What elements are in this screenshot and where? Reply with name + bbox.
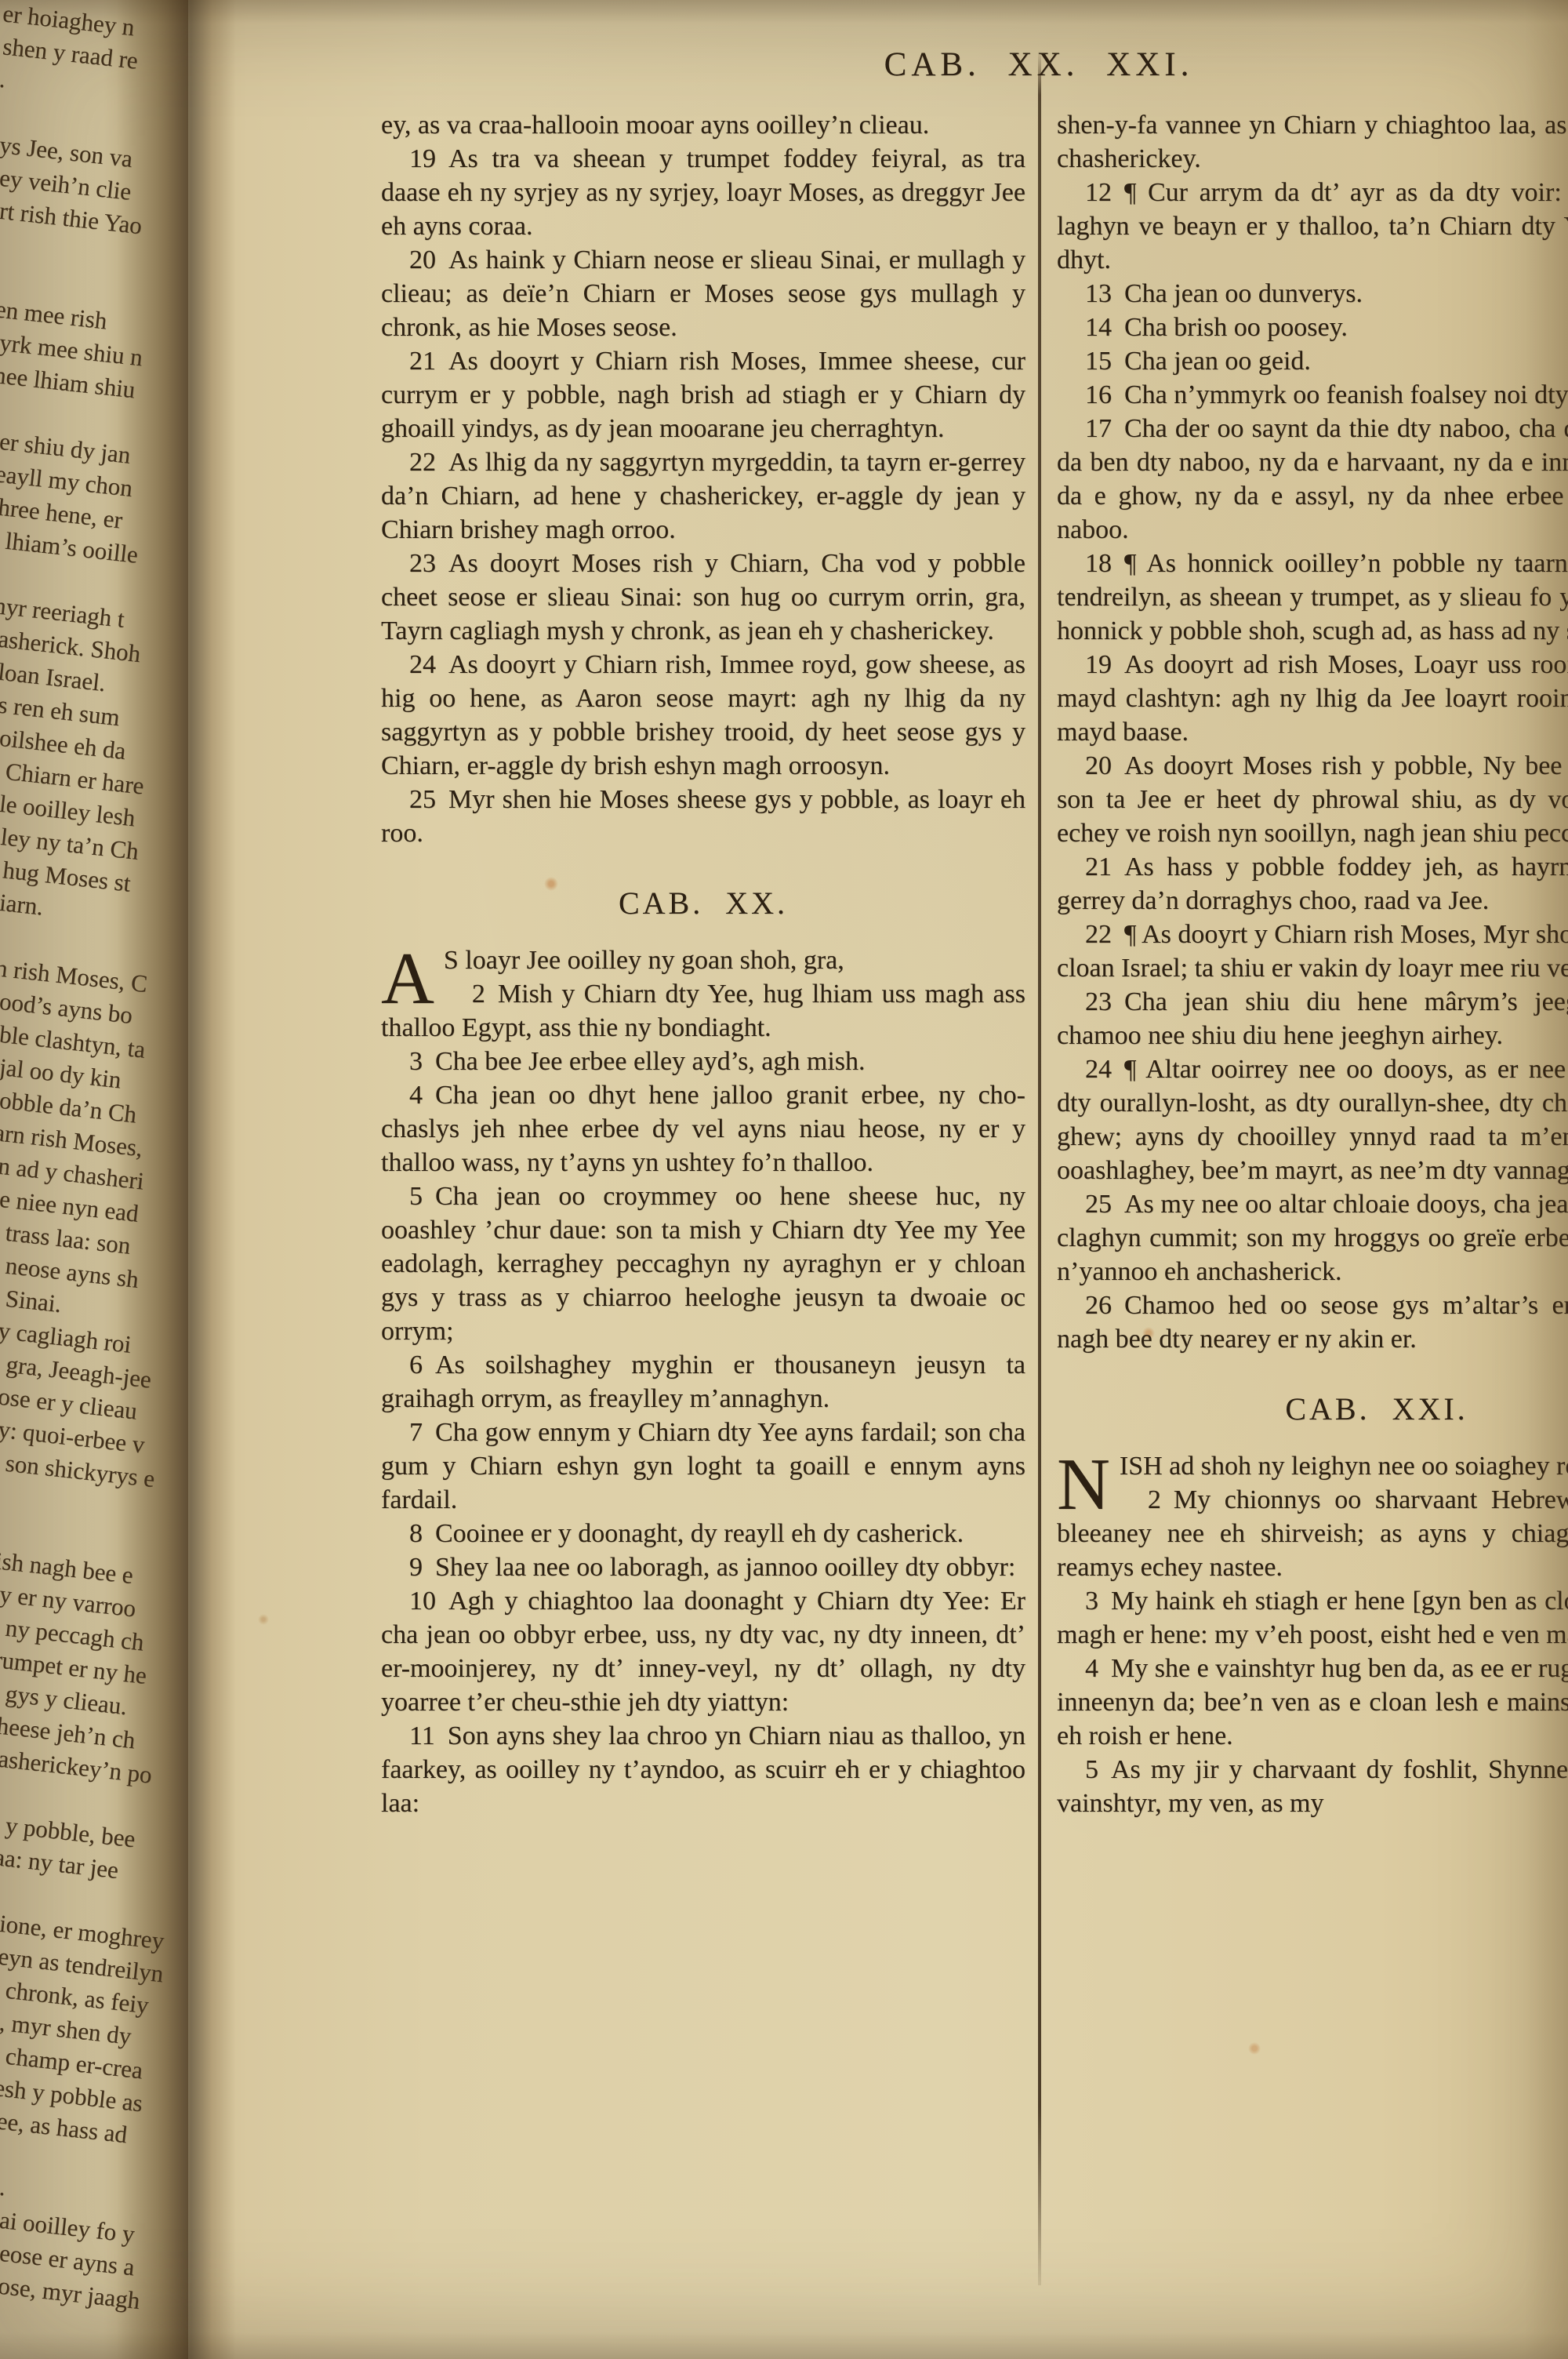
verse-text: As dooyrt ad rish Moses, Loayr uss rooin… xyxy=(1057,650,1568,747)
verse-text: Cooinee er y doonaght, dy reayll eh dy c… xyxy=(435,1519,964,1548)
verse-number: 3 xyxy=(1085,1587,1098,1616)
verse-number: 8 xyxy=(409,1519,423,1548)
verse-text: Shey laa nee oo laboragh, as jannoo ooil… xyxy=(435,1553,1015,1582)
verse-number: 26 xyxy=(1085,1291,1112,1320)
verse-number: 13 xyxy=(1085,279,1112,308)
verse-number: 23 xyxy=(409,549,436,578)
dropcap-letter: A xyxy=(381,943,444,1009)
verse-number: 14 xyxy=(1085,313,1112,342)
verse-number: 7 xyxy=(409,1418,423,1447)
verse: 24¶ Altar ooirrey nee oo dooys, as er ne… xyxy=(1057,1052,1568,1187)
verse: 17Cha der oo saynt da thie dty naboo, ch… xyxy=(1057,412,1568,547)
left-column: ey, as va craa-hallooin mooar ayns ooill… xyxy=(381,108,1025,1820)
verse-number: 19 xyxy=(409,144,436,173)
verse: 21As hass y pobble foddey jeh, as hayrn … xyxy=(1057,850,1568,918)
page-sheet: CAB. XX. XXI. ey, as va craa-hallooin mo… xyxy=(179,0,1568,2359)
verse-number: 21 xyxy=(1085,852,1112,881)
verse-text: Chamoo hed oo seose gys m’altar’s er gre… xyxy=(1057,1291,1568,1354)
verse-text: Cha gow ennym y Chiarn dty Yee ayns fard… xyxy=(381,1418,1025,1514)
verse-number: 5 xyxy=(409,1182,423,1211)
verse-text: Myr shen hie Moses sheese gys y pobble, … xyxy=(381,785,1025,848)
verse-text: Cha jean oo dhyt hene jalloo granit erbe… xyxy=(381,1081,1025,1177)
verse: 13Cha jean oo dunverys. xyxy=(1057,277,1568,311)
verse: 3Cha bee Jee erbee elley ayd’s, agh mish… xyxy=(381,1045,1025,1078)
verse-number: 10 xyxy=(409,1587,436,1616)
verse: 2Mish y Chiarn dty Yee, hug lhiam uss ma… xyxy=(381,977,1025,1045)
verse: 8Cooinee er y doonaght, dy reayll eh dy … xyxy=(381,1517,1025,1550)
verse: 26Chamoo hed oo seose gys m’altar’s er g… xyxy=(1057,1289,1568,1356)
verse: 5As my jir y charvaant dy foshlit, Shynn… xyxy=(1057,1753,1568,1820)
verse-text: As lhig da ny saggyrtyn myrgeddin, ta ta… xyxy=(381,448,1025,544)
chapter-heading-21: CAB. XXI. xyxy=(1057,1392,1568,1426)
verse: 9Shey laa nee oo laboragh, as jannoo ooi… xyxy=(381,1550,1025,1584)
verse-text: ¶ Altar ooirrey nee oo dooys, as er nee … xyxy=(1057,1055,1568,1185)
verse-number: 18 xyxy=(1085,549,1112,578)
verse-text: Cha jean oo croymmey oo hene sheese huc,… xyxy=(381,1182,1025,1346)
verse-text: As tra va sheean y trumpet foddey feiyra… xyxy=(381,144,1025,241)
verse-text: As dooyrt Moses rish y Chiarn, Cha vod y… xyxy=(381,549,1025,645)
verse-number: 24 xyxy=(409,650,436,679)
verse-text: Cha jean shiu diu hene mârym’s jeeghyn a… xyxy=(1057,987,1568,1050)
verse: 25As my nee oo altar chloaie dooys, cha … xyxy=(1057,1187,1568,1289)
verse: 4Cha jean oo dhyt hene jalloo granit erb… xyxy=(381,1078,1025,1179)
chapter-21-opening-block: N ISH ad shoh ny leighyn nee oo soiaghey… xyxy=(1057,1449,1568,1820)
verse-text: Cha brish oo poosey. xyxy=(1124,313,1348,342)
verse-number: 12 xyxy=(1085,178,1112,207)
verse-number: 5 xyxy=(1085,1755,1098,1784)
verse-number: 2 xyxy=(472,980,485,1009)
verse: 25Myr shen hie Moses sheese gys y pobble… xyxy=(381,783,1025,850)
verse: 10Agh y chiaghtoo laa doonaght y Chiarn … xyxy=(381,1584,1025,1719)
verse-number: 22 xyxy=(1085,920,1112,949)
verse-text: As my jir y charvaant dy foshlit, Shynne… xyxy=(1057,1755,1568,1818)
verse: 3My haink eh stiagh er hene [gyn ben as … xyxy=(1057,1584,1568,1652)
verse-number: 25 xyxy=(409,785,436,814)
verse-number: 20 xyxy=(1085,751,1112,780)
column-divider-rule xyxy=(1038,50,1041,2285)
verse-number: 17 xyxy=(1085,414,1112,443)
verse-number: 19 xyxy=(1085,650,1112,679)
verse-number: 3 xyxy=(409,1047,423,1076)
verse-text: Cha jean oo dunverys. xyxy=(1124,279,1363,308)
verse-text: My haink eh stiagh er hene [gyn ben as c… xyxy=(1057,1587,1568,1649)
book-page-photo: CAB. XX. XXI. ey, as va craa-hallooin mo… xyxy=(0,0,1568,2359)
dropcap-letter: N xyxy=(1057,1449,1120,1515)
verse-text: As dooyrt y Chiarn rish, Immee royd, gow… xyxy=(381,650,1025,780)
verse-text: ¶ Cur arrym da dt’ ayr as da dty voir: d… xyxy=(1057,178,1568,274)
verse-text: As dooyrt Moses rish y pobble, Ny bee ag… xyxy=(1057,751,1568,848)
verse: 12¶ Cur arrym da dt’ ayr as da dty voir:… xyxy=(1057,176,1568,277)
verse-text: Son ayns shey laa chroo yn Chiarn niau a… xyxy=(381,1721,1025,1818)
verse-text: Cha jean oo geid. xyxy=(1124,347,1311,376)
verse-number: 23 xyxy=(1085,987,1112,1016)
verse: 19As tra va sheean y trumpet foddey feiy… xyxy=(381,142,1025,243)
verse: 11Son ayns shey laa chroo yn Chiarn niau… xyxy=(381,1719,1025,1820)
verse-text: My she e vainshtyr hug ben da, as ee er … xyxy=(1057,1654,1568,1750)
verse: 24As dooyrt y Chiarn rish, Immee royd, g… xyxy=(381,648,1025,783)
facing-page-edge: s er hoiaghey n s shen y raad re u. gys … xyxy=(0,0,188,2359)
verse-number: 2 xyxy=(1148,1485,1161,1514)
verse-number: 22 xyxy=(409,448,436,477)
verse-text: As dooyrt y Chiarn rish Moses, Immee she… xyxy=(381,347,1025,443)
verse-text: ¶ As dooyrt y Chiarn rish Moses, Myr sho… xyxy=(1057,920,1568,983)
chapter-opening-text: ISH ad shoh ny leighyn nee oo soiaghey r… xyxy=(1057,1449,1568,1483)
verse-text: As soilshaghey myghin er thousaneyn jeus… xyxy=(381,1350,1025,1413)
verse-number: 16 xyxy=(1085,380,1112,409)
chapter-heading-20: CAB. XX. xyxy=(381,886,1025,920)
verse-number: 11 xyxy=(409,1721,435,1750)
continuation-paragraph: ey, as va craa-hallooin mooar ayns ooill… xyxy=(381,108,1025,142)
verse: 22¶ As dooyrt y Chiarn rish Moses, Myr s… xyxy=(1057,918,1568,985)
verse-text: Cha n’ymmyrk oo feanish foalsey noi dty … xyxy=(1124,380,1568,409)
verse: 7Cha gow ennym y Chiarn dty Yee ayns far… xyxy=(381,1416,1025,1517)
verse: 19As dooyrt ad rish Moses, Loayr uss roo… xyxy=(1057,648,1568,749)
verse-text: Agh y chiaghtoo laa doonaght y Chiarn dt… xyxy=(381,1587,1025,1717)
right-column: shen-y-fa vannee yn Chiarn y chiaghtoo l… xyxy=(1057,108,1568,1820)
verse-number: 15 xyxy=(1085,347,1112,376)
verse: 4My she e vainshtyr hug ben da, as ee er… xyxy=(1057,1652,1568,1753)
running-head: CAB. XX. XXI. xyxy=(381,45,1568,84)
verse: 6As soilshaghey myghin er thousaneyn jeu… xyxy=(381,1348,1025,1416)
verse: 21As dooyrt y Chiarn rish Moses, Immee s… xyxy=(381,344,1025,445)
chapter-opening-text: S loayr Jee ooilley ny goan shoh, gra, xyxy=(381,943,1025,977)
verse-text: Cha der oo saynt da thie dty naboo, cha … xyxy=(1057,414,1568,544)
verse-text: As my nee oo altar chloaie dooys, cha je… xyxy=(1057,1190,1568,1286)
verse-number: 20 xyxy=(409,245,436,274)
verse-number: 25 xyxy=(1085,1190,1112,1219)
verse-number: 4 xyxy=(1085,1654,1098,1683)
verse-number: 24 xyxy=(1085,1055,1112,1084)
verse-text: ¶ As honnick ooilley’n pobble ny taarnee… xyxy=(1057,549,1568,645)
verse: 15Cha jean oo geid. xyxy=(1057,344,1568,378)
verse-text: As haink y Chiarn neose er slieau Sinai,… xyxy=(381,245,1025,342)
verse-number: 6 xyxy=(409,1350,423,1379)
verse: 20As haink y Chiarn neose er slieau Sina… xyxy=(381,243,1025,344)
verse: 2My chionnys oo sharvaant Hebrewnagh, sh… xyxy=(1057,1483,1568,1584)
verse: 5Cha jean oo croymmey oo hene sheese huc… xyxy=(381,1179,1025,1348)
verse: 22As lhig da ny saggyrtyn myrgeddin, ta … xyxy=(381,445,1025,547)
verse-text: My chionnys oo sharvaant Hebrewnagh, she… xyxy=(1057,1485,1568,1582)
verse: 23Cha jean shiu diu hene mârym’s jeeghyn… xyxy=(1057,985,1568,1052)
verse: 14Cha brish oo poosey. xyxy=(1057,311,1568,344)
verse-number: 4 xyxy=(409,1081,423,1110)
verse-text: Cha bee Jee erbee elley ayd’s, agh mish. xyxy=(435,1047,866,1076)
margin-text-fragments: s er hoiaghey n s shen y raad re u. gys … xyxy=(0,0,188,2301)
verse: 18¶ As honnick ooilley’n pobble ny taarn… xyxy=(1057,547,1568,648)
continuation-paragraph: shen-y-fa vannee yn Chiarn y chiaghtoo l… xyxy=(1057,108,1568,176)
verse: 16Cha n’ymmyrk oo feanish foalsey noi dt… xyxy=(1057,378,1568,412)
verse: 23As dooyrt Moses rish y Chiarn, Cha vod… xyxy=(381,547,1025,648)
verse-text: As hass y pobble foddey jeh, as hayrn Mo… xyxy=(1057,852,1568,915)
verse: 20As dooyrt Moses rish y pobble, Ny bee … xyxy=(1057,749,1568,850)
chapter-20-opening-block: A S loayr Jee ooilley ny goan shoh, gra,… xyxy=(381,943,1025,1820)
verse-number: 21 xyxy=(409,347,436,376)
verse-number: 9 xyxy=(409,1553,423,1582)
